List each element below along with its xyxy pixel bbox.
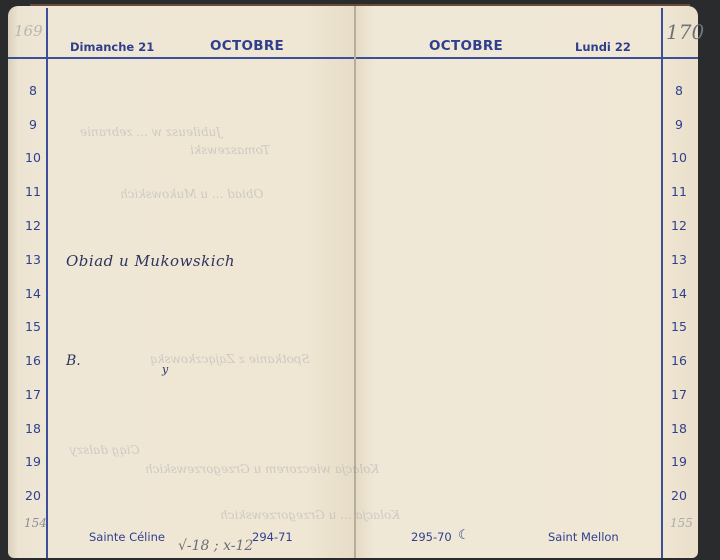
- right-pencil-page-number-bottom: 155: [670, 516, 693, 530]
- bleed-through-line: Jubileusz w ... zebranie: [80, 125, 221, 139]
- left-hour-20: 20: [18, 488, 48, 503]
- left-hour-12: 12: [18, 218, 48, 233]
- handwritten-entry-13h: Obiad u Mukowskich: [66, 252, 235, 270]
- moon-phase-icon: ☾: [458, 528, 470, 543]
- left-hour-18: 18: [18, 421, 48, 436]
- left-hour-11: 11: [18, 184, 48, 199]
- bleed-through-line: Spotkanie z Zajączkowską: [150, 352, 310, 366]
- left-hour-13: 13: [18, 252, 48, 267]
- right-pencil-page-number: 170: [666, 20, 704, 44]
- right-hour-16: 16: [664, 353, 694, 368]
- right-day-label: Lundi 22: [575, 40, 631, 54]
- right-hour-12: 12: [664, 218, 694, 233]
- bleed-through-line: Tomaszewski: [190, 143, 270, 157]
- left-hour-16: 16: [18, 353, 48, 368]
- left-hour-10: 10: [18, 150, 48, 165]
- right-header-rule: [356, 57, 698, 59]
- left-hour-15: 15: [18, 319, 48, 334]
- right-hour-13: 13: [664, 252, 694, 267]
- handwritten-mark: y: [162, 363, 168, 376]
- right-hour-column-rule: [661, 8, 663, 558]
- handwritten-entry-16h: B.: [66, 353, 81, 369]
- pencil-footer-note: √-18 ; x-12: [178, 538, 253, 554]
- right-hour-17: 17: [664, 387, 694, 402]
- right-hour-10: 10: [664, 150, 694, 165]
- right-hour-18: 18: [664, 421, 694, 436]
- right-month-title: OCTOBRE: [429, 38, 503, 54]
- left-month-title: OCTOBRE: [210, 38, 284, 54]
- left-hour-9: 9: [18, 117, 48, 132]
- right-hour-14: 14: [664, 286, 694, 301]
- left-saint-name: Sainte Céline: [89, 530, 165, 544]
- bleed-through-line: Kolacja ... u Grzegorzewskich: [220, 508, 400, 522]
- right-hour-19: 19: [664, 454, 694, 469]
- left-day-label: Dimanche 21: [70, 40, 154, 54]
- left-day-of-year: 294-71: [252, 530, 293, 544]
- left-hour-8: 8: [18, 83, 48, 98]
- left-hour-14: 14: [18, 286, 48, 301]
- right-hour-15: 15: [664, 319, 694, 334]
- bleed-through-line: Ciąg dalszy: [70, 443, 140, 457]
- left-pencil-page-number-bottom: 154: [24, 516, 47, 530]
- right-hour-20: 20: [664, 488, 694, 503]
- right-day-of-year: 295-70: [411, 530, 452, 544]
- left-hour-19: 19: [18, 454, 48, 469]
- right-hour-11: 11: [664, 184, 694, 199]
- right-saint-name: Saint Mellon: [548, 530, 619, 544]
- left-hour-17: 17: [18, 387, 48, 402]
- bleed-through-line: Kolacja wieczorem u Grzegorzewskich: [145, 462, 379, 476]
- left-header-rule: [8, 57, 354, 59]
- bleed-through-line: Obiad ... u Mukowskich: [120, 187, 263, 201]
- right-hour-9: 9: [664, 117, 694, 132]
- right-hour-8: 8: [664, 83, 694, 98]
- right-page: [355, 6, 698, 558]
- left-pencil-page-number: 169: [14, 22, 43, 40]
